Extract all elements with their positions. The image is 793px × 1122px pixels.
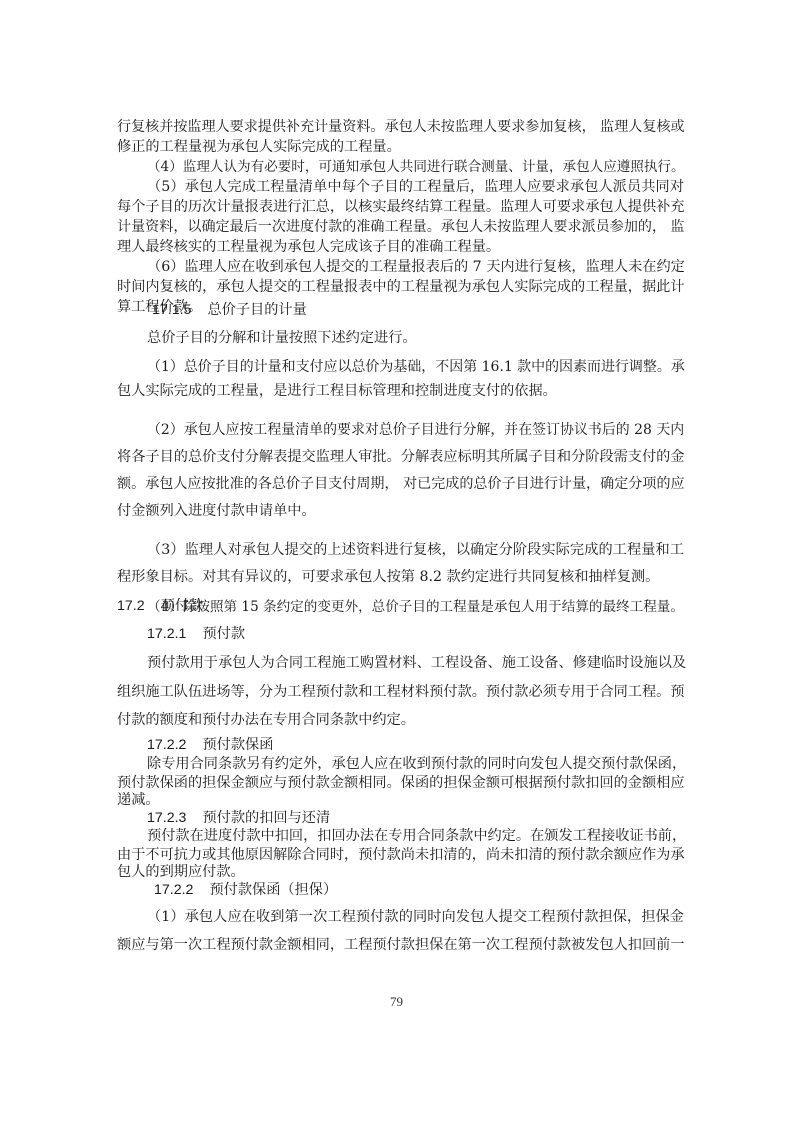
- paragraph-line: （1）总价子目的计量和支付应以总价为基础，不因第 16.1 款中的因素而进行调整…: [147, 358, 684, 376]
- paragraph-line: 程形象目标。对其有异议的，可要求承包人按第 8.2 款约定进行共同复核和抽样复测…: [117, 568, 684, 586]
- paragraph-line: 计量资料，以确定最后一次进度付款的准确工程量。承包人未按监理人要求派员参加的， …: [117, 218, 684, 236]
- section-title: 预付款的扣回与还清: [202, 810, 330, 826]
- section-heading: 17.2.2预付款保函（担保）: [154, 881, 337, 899]
- page-number: 79: [0, 994, 793, 1010]
- paragraph-line: 付金额列入进度付款申请单中。: [117, 502, 684, 520]
- section-number: 17.2.2: [154, 882, 193, 898]
- section-title: 预付款: [202, 626, 245, 642]
- document-page: 行复核并按监理人要求提供补充计量资料。承包人未按监理人要求参加复核， 监理人复核…: [0, 0, 793, 1122]
- section-title: 总价子目的计量: [207, 302, 306, 318]
- paragraph-line: 额。承包人应按批准的各总价子目支付周期， 对已完成的总价子目进行计量，确定分项的…: [117, 475, 684, 493]
- section-number: 17.2.3: [147, 810, 186, 826]
- paragraph-line: 总价子目的分解和计量按照下述约定进行。: [147, 329, 684, 347]
- paragraph-line: （5）承包人完成工程量清单中每个子目的工程量后，监理人应要求承包人派员共同对: [147, 178, 684, 196]
- section-heading: 17.2预付款: [117, 597, 203, 615]
- paragraph-line: 预付款在进度付款中扣回，扣回办法在专用合同条款中约定。在颁发工程接收证书前，: [147, 827, 684, 845]
- paragraph-line: 每个子目的历次计量报表进行汇总，以核实最终结算工程量。监理人可要求承包人提供补充: [117, 198, 684, 216]
- section-heading: 17.2.1预付款: [147, 625, 245, 643]
- paragraph-line: 修正的工程量视为承包人实际完成的工程量。: [117, 138, 684, 156]
- paragraph-line: 额应与第一次工程预付款金额相同，工程预付款担保在第一次工程预付款被发包人扣回前一: [117, 936, 684, 954]
- paragraph-line: （1）承包人应在收到第一次工程预付款的同时向发包人提交工程预付款担保，担保金: [147, 908, 684, 926]
- section-number: 17.2: [117, 598, 145, 614]
- paragraph-line: （4）监理人认为有必要时，可通知承包人共同进行联合测量、计量，承包人应遵照执行。: [147, 158, 684, 176]
- section-heading: 17.1.5总价子目的计量: [152, 301, 307, 319]
- paragraph-line: （4）除按照第 15 条约定的变更外，总价子目的工程量是承包人用于结算的最终工程…: [147, 598, 684, 616]
- section-number: 17.2.1: [147, 626, 186, 642]
- section-number: 17.1.5: [152, 302, 191, 318]
- paragraph-line: 预付款保函的担保金额应与预付款金额相同。保函的担保金额可根据预付款扣回的金额相应: [117, 774, 684, 792]
- paragraph-line: （6）监理人应在收到承包人提交的工程量报表后的 7 天内进行复核，监理人未在约定: [147, 258, 684, 276]
- paragraph-line: 预付款用于承包人为合同工程施工购置材料、工程设备、施工设备、修建临时设施以及: [147, 654, 684, 672]
- section-heading: 17.2.3预付款的扣回与还清: [147, 809, 330, 827]
- paragraph-line: 除专用合同条款另有约定外，承包人应在收到预付款的同时向发包人提交预付款保函，: [147, 755, 684, 773]
- paragraph-line: 包人的到期应付款。: [117, 863, 684, 881]
- paragraph-line: （2）承包人应按工程量清单的要求对总价子目进行分解，并在签订协议书后的 28 天…: [147, 421, 684, 439]
- section-heading: 17.2.2预付款保函: [147, 736, 273, 754]
- section-title: 预付款保函: [202, 737, 273, 753]
- paragraph-line: 时间内复核的，承包人提交的工程量报表中的工程量视为承包人实际完成的工程量，据此计: [117, 278, 684, 296]
- section-number: 17.2.2: [147, 737, 186, 753]
- paragraph-line: 行复核并按监理人要求提供补充计量资料。承包人未按监理人要求参加复核， 监理人复核…: [117, 118, 684, 136]
- section-title: 预付款: [161, 598, 204, 614]
- paragraph-line: 组织施工队伍进场等，分为工程预付款和工程材料预付款。预付款必须专用于合同工程。预: [117, 683, 684, 701]
- paragraph-line: 将各子目的总价支付分解表提交监理人审批。分解表应标明其所属子目和分阶段需支付的金: [117, 448, 684, 466]
- paragraph-line: 付款的额度和预付办法在专用合同条款中约定。: [117, 711, 684, 729]
- paragraph-line: 由于不可抗力或其他原因解除合同时，预付款尚未扣清的，尚未扣清的预付款余额应作为承: [117, 846, 684, 864]
- paragraph-line: 递减。: [117, 791, 684, 809]
- paragraph-line: （3）监理人对承包人提交的上述资料进行复核，以确定分阶段实际完成的工程量和工: [147, 541, 684, 559]
- section-title: 预付款保函（担保）: [209, 882, 337, 898]
- paragraph-line: 理人最终核实的工程量视为承包人完成该子目的准确工程量。: [117, 238, 684, 256]
- paragraph-line: 包人实际完成的工程量，是进行工程目标管理和控制进度支付的依据。: [117, 382, 684, 400]
